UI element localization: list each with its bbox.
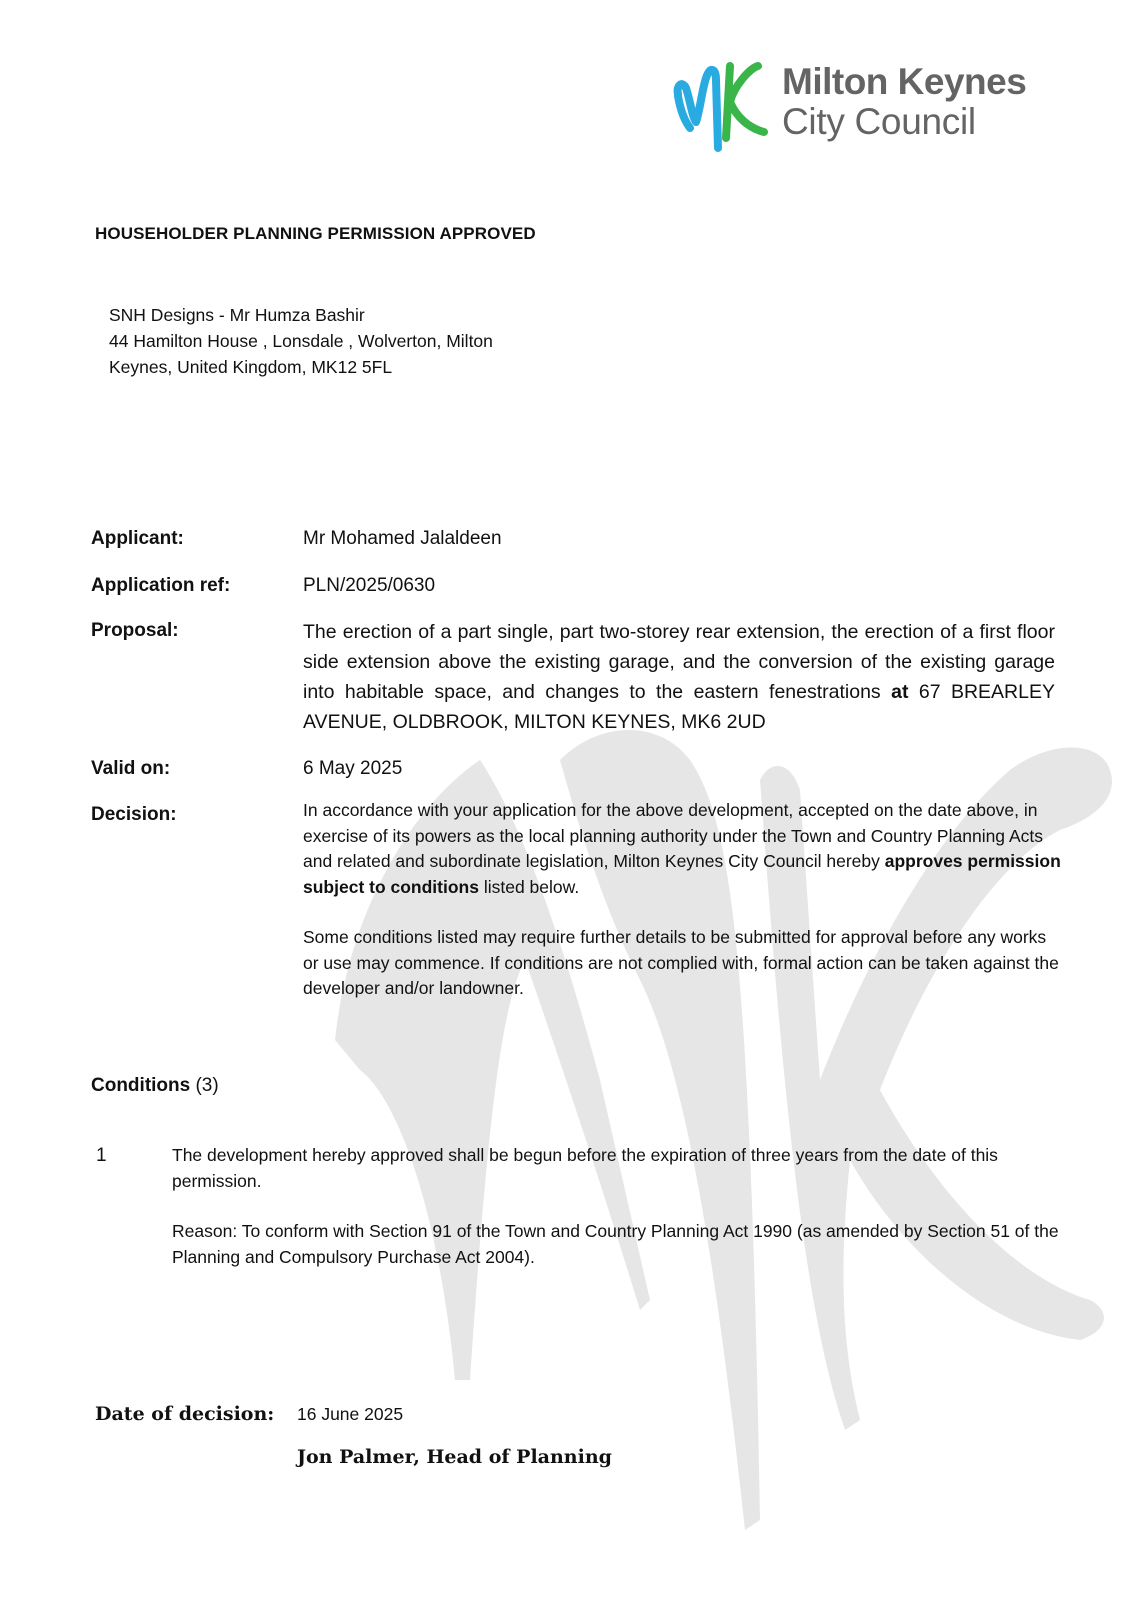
- valid-on-value: 6 May 2025: [303, 758, 402, 780]
- date-of-decision-label: Date of decision:: [95, 1403, 274, 1425]
- decision-paragraph-2: Some conditions listed may require furth…: [303, 925, 1063, 1002]
- conditions-heading: Conditions (3): [91, 1075, 219, 1097]
- date-of-decision-value: 16 June 2025: [297, 1404, 403, 1425]
- proposal-label: Proposal:: [91, 620, 179, 642]
- application-ref-value: PLN/2025/0630: [303, 575, 435, 597]
- conditions-count: (3): [195, 1075, 218, 1096]
- condition-reason: Reason: To conform with Section 91 of th…: [172, 1219, 1062, 1270]
- decision-text: In accordance with your application for …: [303, 798, 1063, 1027]
- proposal-text-bold: at: [891, 681, 908, 703]
- applicant-label: Applicant:: [91, 528, 184, 550]
- condition-text: The development hereby approved shall be…: [172, 1143, 1062, 1194]
- conditions-title: Conditions: [91, 1075, 190, 1096]
- condition-number: 1: [96, 1145, 107, 1167]
- decision-paragraph-1: In accordance with your application for …: [303, 798, 1063, 900]
- signatory: Jon Palmer, Head of Planning: [297, 1446, 612, 1468]
- decision-label: Decision:: [91, 804, 177, 826]
- application-details: Applicant: Mr Mohamed Jalaldeen Applicat…: [0, 0, 1132, 1600]
- condition-item: The development hereby approved shall be…: [172, 1143, 1062, 1295]
- applicant-value: Mr Mohamed Jalaldeen: [303, 528, 502, 550]
- decision-text-end: listed below.: [479, 877, 579, 897]
- proposal-text: The erection of a part single, part two-…: [303, 617, 1055, 737]
- valid-on-label: Valid on:: [91, 758, 170, 780]
- application-ref-label: Application ref:: [91, 575, 230, 597]
